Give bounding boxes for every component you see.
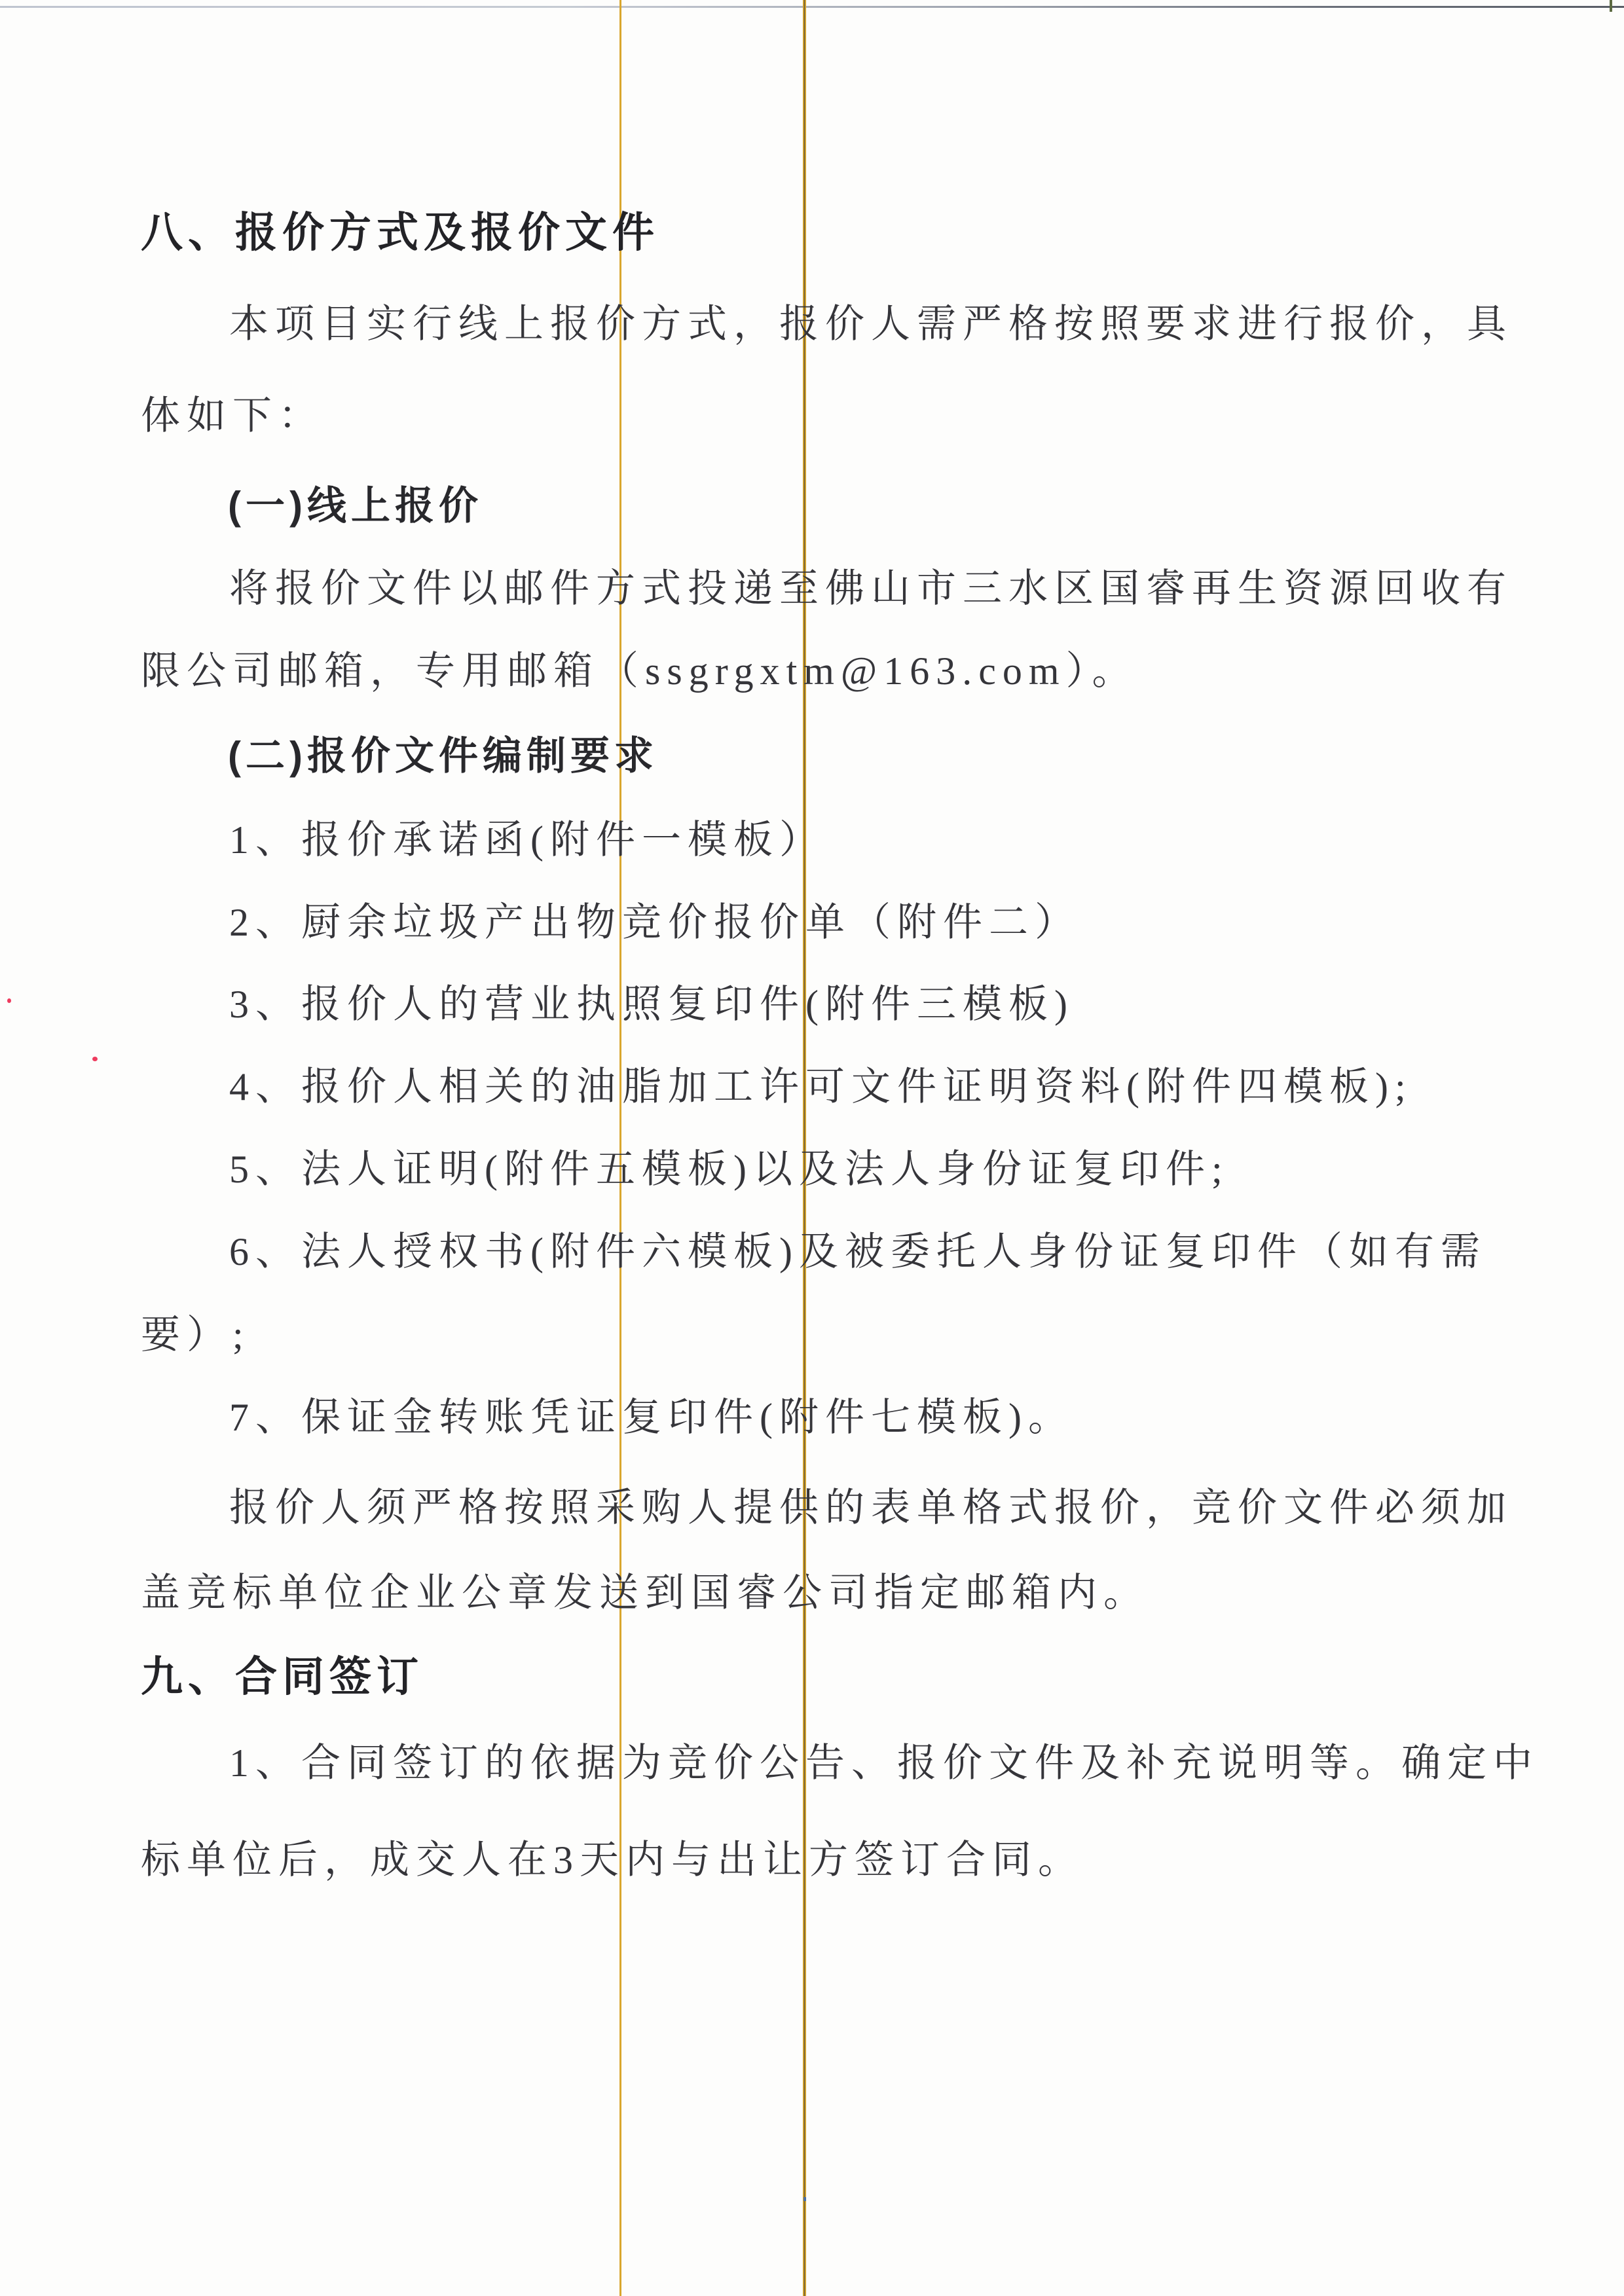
scan-top-right-tick	[1610, 0, 1612, 12]
list-item-3: 3、报价人的营业执照复印件(附件三模板)	[229, 976, 1074, 1032]
scanned-document-page: 八、报价方式及报价文件 本项目实行线上报价方式，报价人需严格按照要求进行报价，具…	[0, 0, 1624, 2296]
list-item-6-line-2: 要）;	[141, 1307, 250, 1363]
intro-paragraph-line-2: 体如下：	[141, 388, 324, 444]
contract-paragraph-line-1: 1、合同签订的依据为竞价公告、报价文件及补充说明等。确定中	[229, 1735, 1539, 1791]
online-bid-paragraph-line-1: 将报价文件以邮件方式投递至佛山市三水区国睿再生资源回收有	[229, 560, 1513, 617]
section-9-heading: 九、合同签订	[141, 1649, 424, 1705]
list-item-7: 7、保证金转账凭证复印件(附件七模板)。	[229, 1389, 1074, 1446]
online-bid-paragraph-line-2: 限公司邮箱，专用邮箱（ssgrgxtm@163.com）。	[141, 643, 1138, 699]
ink-dot-blue	[803, 2197, 806, 2201]
list-item-5: 5、法人证明(附件五模板)以及法人身份证复印件;	[229, 1141, 1229, 1197]
section-8-heading: 八、报价方式及报价文件	[141, 204, 659, 261]
margin-red-dot-1	[7, 998, 11, 1003]
subsection-2-heading: (二)报价文件编制要求	[228, 728, 658, 784]
list-item-1: 1、报价承诺函(附件一模板）	[229, 812, 825, 868]
list-item-2: 2、厨余垃圾产出物竞价报价单（附件二）	[229, 894, 1080, 951]
list-item-4: 4、报价人相关的油脂加工许可文件证明资料(附件四模板);	[229, 1059, 1412, 1115]
subsection-1-heading: (一)线上报价	[228, 478, 483, 534]
contract-paragraph-line-2: 标单位后，成交人在3天内与出让方签订合同。	[141, 1832, 1084, 1888]
requirement-paragraph-line-1: 报价人须严格按照采购人提供的表单格式报价，竞价文件必须加	[229, 1480, 1513, 1536]
requirement-paragraph-line-2: 盖竞标单位企业公章发送到国睿公司指定邮箱内。	[141, 1565, 1149, 1621]
intro-paragraph-line-1: 本项目实行线上报价方式，报价人需严格按照要求进行报价，具	[229, 296, 1513, 352]
scan-top-edge-line	[0, 6, 1624, 8]
margin-red-dot-2	[92, 1057, 98, 1061]
list-item-6-line-1: 6、法人授权书(附件六模板)及被委托人身份证复印件（如有需	[229, 1224, 1486, 1280]
